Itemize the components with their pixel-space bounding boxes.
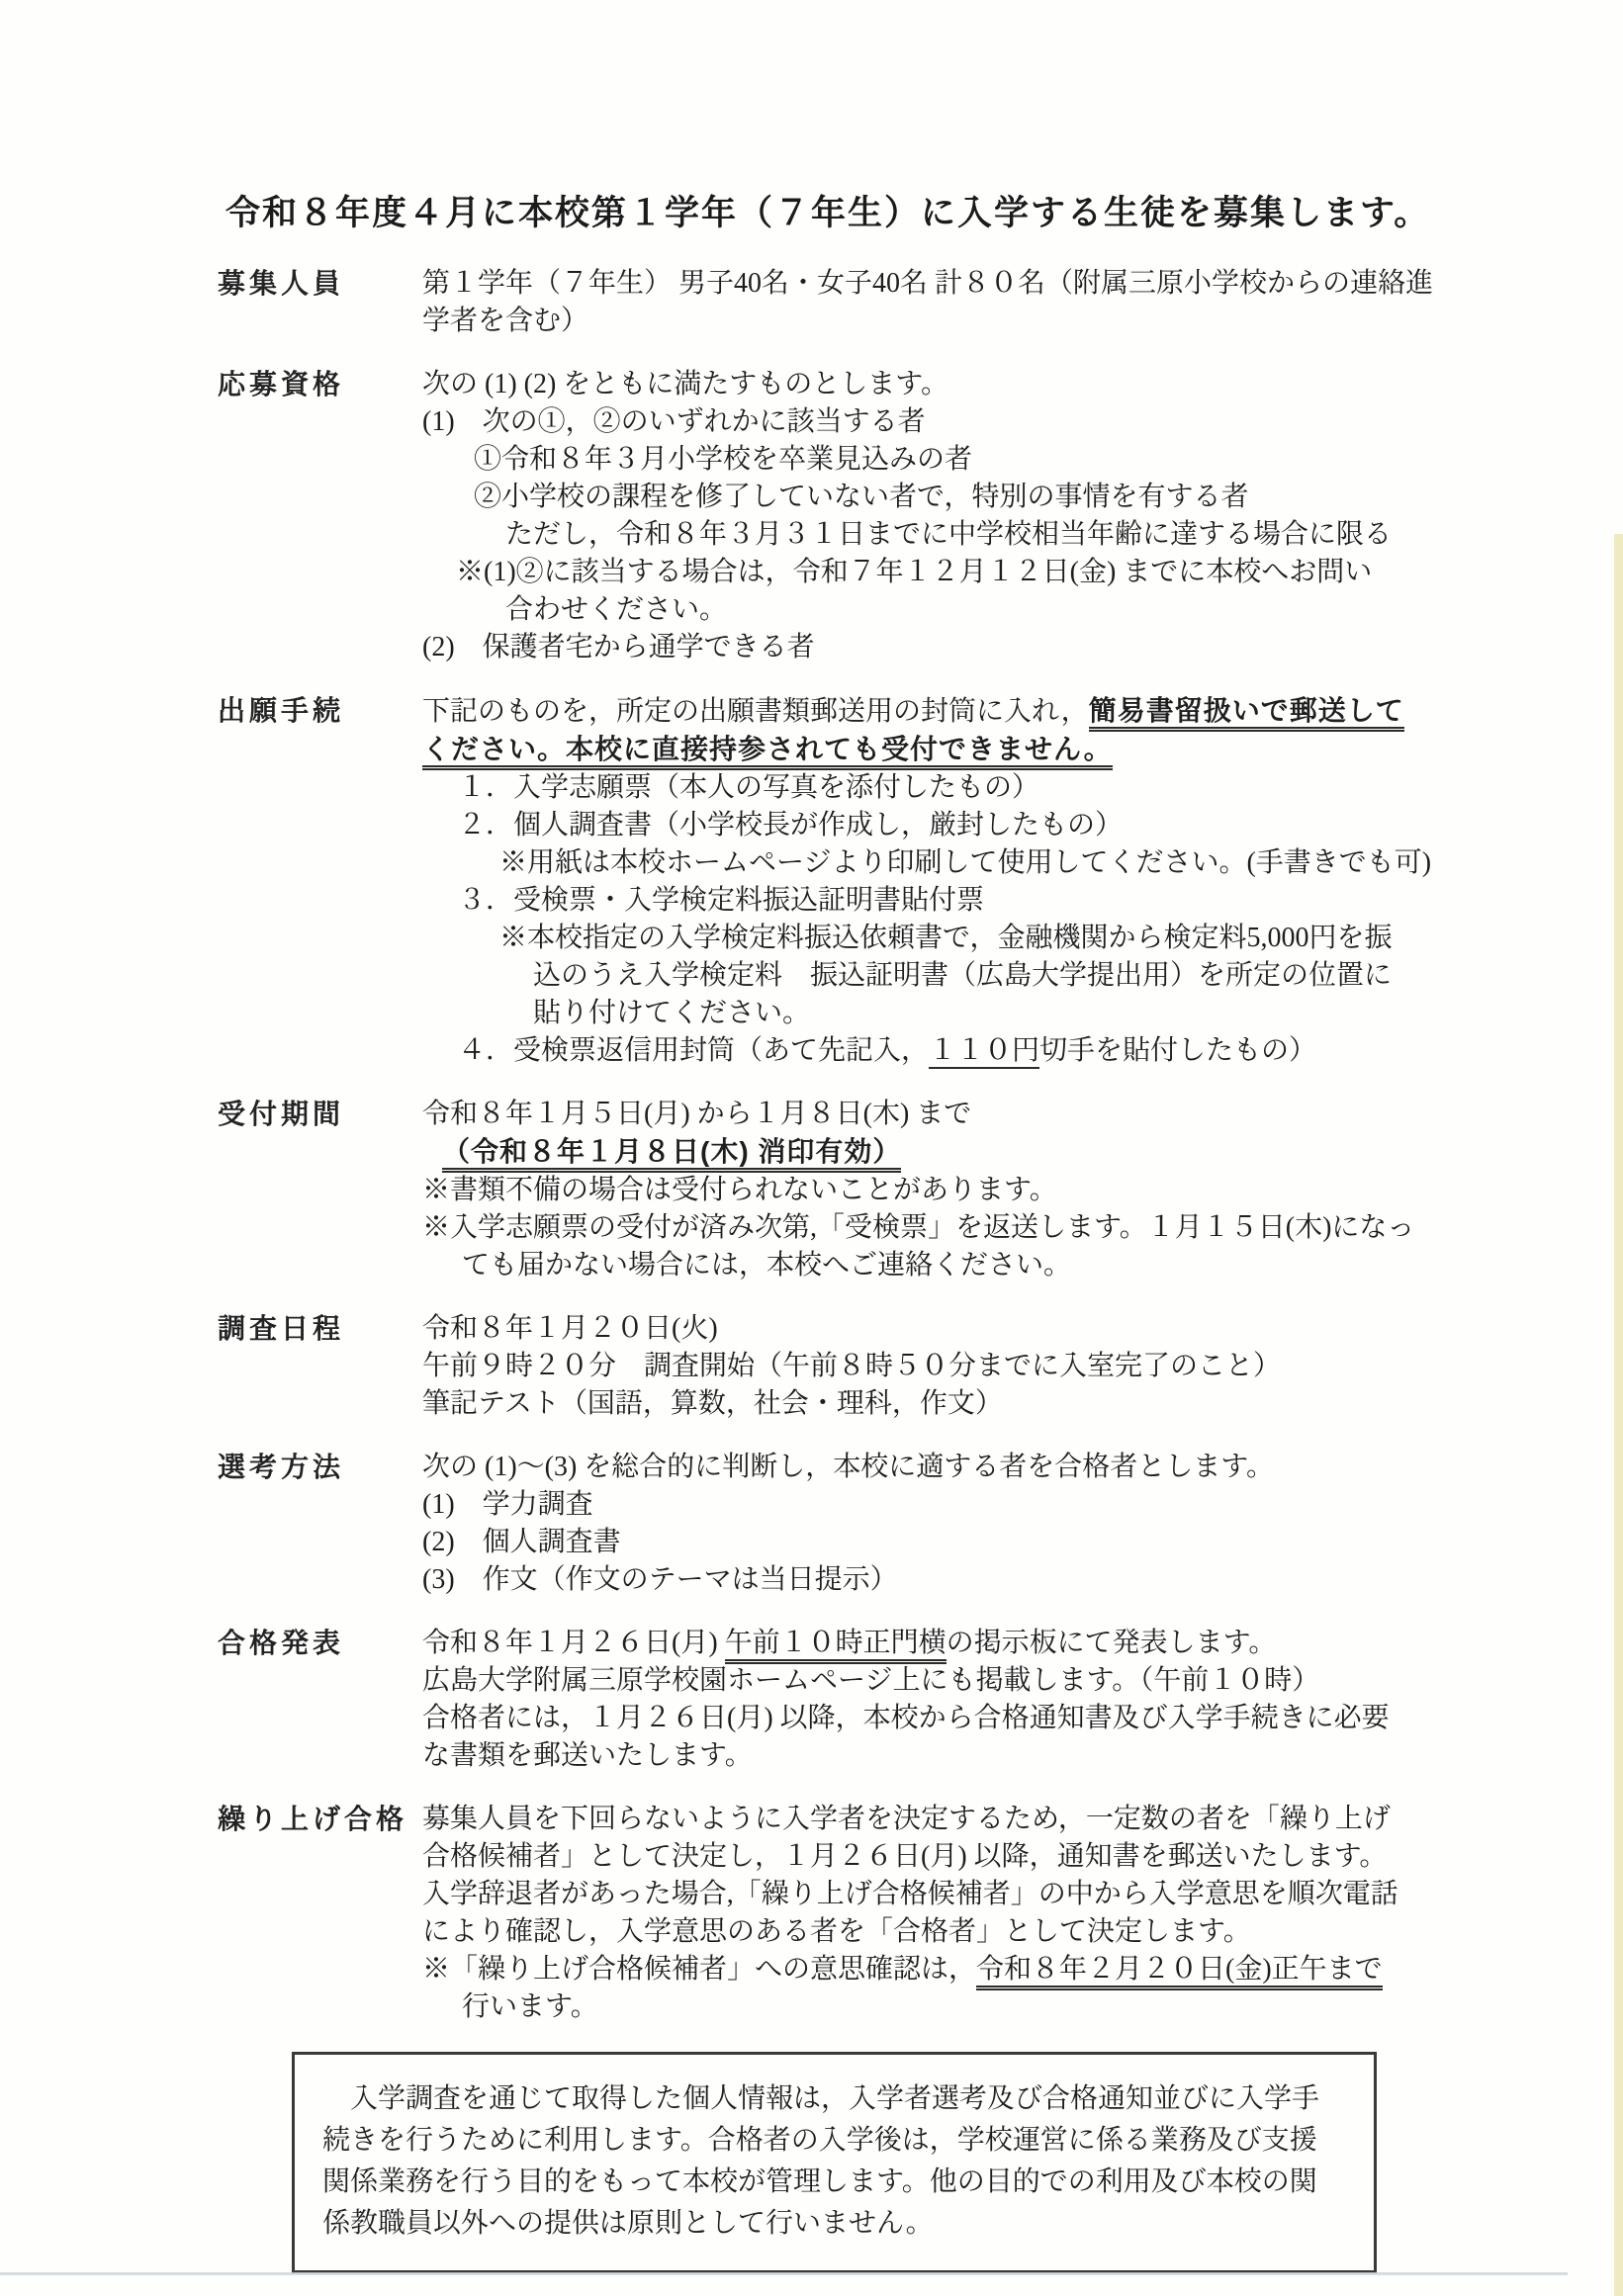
text-line: ※入学志願票の受付が済み次第,「受検票」を返送します。１月１５日(木)になっ bbox=[422, 1209, 1513, 1247]
section-chosa-nittei: 調査日程 令和８年１月２０日(火)午前９時２０分 調査開始（午前８時５０分までに… bbox=[218, 1310, 1513, 1423]
text-line: ３．受検票・入学検定料振込証明書貼付票 bbox=[458, 882, 1513, 920]
section-content: 次の (1)～(3) を総合的に判断し，本校に適する者を合格者とします。(1) … bbox=[422, 1449, 1513, 1599]
section-label: 繰り上げ合格 bbox=[218, 1801, 422, 1838]
text-line: 行います。 bbox=[462, 1988, 1513, 2026]
text-run: 入学辞退者があった場合,「繰り上げ合格候補者」の中から入学意思を順次電話 bbox=[422, 1879, 1398, 1909]
text-line: 午前９時２０分 調査開始（午前８時５０分までに入室完了のこと） bbox=[422, 1348, 1513, 1385]
text-line: 募集人員を下回らないように入学者を決定するため，一定数の者を「繰り上げ bbox=[422, 1801, 1513, 1838]
text-line: 込のうえ入学検定料 振込証明書（広島大学提出用）を所定の位置に bbox=[533, 957, 1513, 995]
section-label: 選考方法 bbox=[218, 1449, 422, 1486]
text-line: により確認し，入学意思のある者を「合格者」として決定します。 bbox=[422, 1913, 1513, 1951]
text-run: 続きを行うために利用します。合格者の入学後は，学校運営に係る業務及び支援 bbox=[322, 2125, 1317, 2156]
section-content: 募集人員を下回らないように入学者を決定するため，一定数の者を「繰り上げ合格候補者… bbox=[422, 1801, 1513, 2026]
text-line: 合格者には，１月２６日(月) 以降，本校から合格通知書及び入学手続きに必要 bbox=[422, 1700, 1513, 1737]
text-run: 令和８年１月２０日(火) bbox=[422, 1313, 718, 1344]
text-run: 貼り付けてください。 bbox=[533, 998, 810, 1028]
section-uketsuke-kikan: 受付期間 令和８年１月５日(月) から１月８日(木) まで（令和８年１月８日(木… bbox=[218, 1096, 1513, 1284]
text-run: 次の (1)～(3) を総合的に判断し，本校に適する者を合格者とします。 bbox=[422, 1452, 1274, 1482]
text-line: ２．個人調査書（小学校長が作成し，厳封したもの） bbox=[458, 807, 1513, 844]
section-label: 応募資格 bbox=[218, 366, 422, 403]
section-senko-hoho: 選考方法 次の (1)～(3) を総合的に判断し，本校に適する者を合格者とします… bbox=[218, 1449, 1513, 1599]
text-run: ２．個人調査書（小学校長が作成し，厳封したもの） bbox=[458, 810, 1123, 840]
text-line: 第１学年（７年生） 男子40名・女子40名 計８０名（附属三原小学校からの連絡進 bbox=[422, 265, 1513, 303]
text-run: により確認し，入学意思のある者を「合格者」として決定します。 bbox=[422, 1916, 1251, 1947]
text-run: ※「繰り上げ合格候補者」への意思確認は， bbox=[422, 1954, 976, 1985]
text-run: (2) 保護者宅から通学できる者 bbox=[422, 632, 815, 662]
text-run: 行います。 bbox=[462, 1991, 598, 2022]
text-run: の掲示板にて発表します。 bbox=[947, 1628, 1277, 1658]
text-run: ※(1)②に該当する場合は，令和７年１２月１２日(金) までに本校へお問い bbox=[456, 557, 1372, 587]
section-content: 第１学年（７年生） 男子40名・女子40名 計８０名（附属三原小学校からの連絡進… bbox=[422, 265, 1513, 340]
text-line: 次の (1) (2) をともに満たすものとします。 bbox=[422, 366, 1513, 403]
text-run: 切手を貼付したもの） bbox=[1039, 1035, 1316, 1066]
text-run: ４．受検票返信用封筒（あて先記入， bbox=[458, 1035, 929, 1066]
text-run: 令和８年１月５日(月) から１月８日(木) まで bbox=[422, 1099, 971, 1129]
text-line: 貼り付けてください。 bbox=[533, 995, 1513, 1032]
text-run: 広島大学附属三原学校園ホームページ上にも掲載します。（午前１０時） bbox=[422, 1665, 1319, 1696]
section-content: 令和８年１月５日(月) から１月８日(木) まで（令和８年１月８日(木) 消印有… bbox=[422, 1096, 1513, 1284]
text-run: ②小学校の課程を修了していない者で，特別の事情を有する者 bbox=[474, 482, 1248, 512]
text-run: １．入学志願票（本人の写真を添付したもの） bbox=[458, 772, 1039, 803]
text-run: 合格者には，１月２６日(月) 以降，本校から合格通知書及び入学手続きに必要 bbox=[422, 1703, 1390, 1733]
text-run: ※入学志願票の受付が済み次第,「受検票」を返送します。１月１５日(木)になっ bbox=[422, 1212, 1414, 1243]
personal-info-notice-box: 入学調査を通じて取得した個人情報は，入学者選考及び合格通知並びに入学手続きを行う… bbox=[292, 2052, 1377, 2273]
text-run: 下記のものを，所定の出願書類郵送用の封筒に入れ， bbox=[422, 696, 1089, 727]
text-line: ※「繰り上げ合格候補者」への意思確認は，令和８年２月２０日(金)正午まで bbox=[422, 1951, 1513, 1988]
text-line: (1) 学力調査 bbox=[422, 1486, 1513, 1524]
section-label: 募集人員 bbox=[218, 265, 422, 303]
text-line: ※本校指定の入学検定料振込依頼書で，金融機関から検定料5,000円を振 bbox=[499, 920, 1513, 957]
text-run: ※書類不備の場合は受付られないことがあります。 bbox=[422, 1175, 1057, 1205]
text-run: 合わせください。 bbox=[505, 594, 727, 625]
text-run: (3) 作文（作文のテーマは当日提示） bbox=[422, 1564, 898, 1595]
text-line: 入学調査を通じて取得した個人情報は，入学者選考及び合格通知並びに入学手 bbox=[322, 2078, 1346, 2120]
text-run: ても届かない場合には，本校へご連絡ください。 bbox=[462, 1250, 1071, 1280]
text-run: 入学調査を通じて取得した個人情報は，入学者選考及び合格通知並びに入学手 bbox=[322, 2083, 1319, 2114]
document-body: 令和８年度４月に本校第１学年（７年生）に入学する生徒を募集します。 募集人員 第… bbox=[218, 190, 1513, 2273]
section-obo-shikaku: 応募資格 次の (1) (2) をともに満たすものとします。(1) 次の①，②の… bbox=[218, 366, 1513, 666]
text-line: (2) 個人調査書 bbox=[422, 1524, 1513, 1561]
emphasized-text-run: 簡易書留扱いで郵送して bbox=[1089, 695, 1404, 732]
text-line: ４．受検票返信用封筒（あて先記入，１１０円切手を貼付したもの） bbox=[458, 1032, 1513, 1070]
text-line: 合わせください。 bbox=[505, 591, 1513, 629]
section-content: 下記のものを，所定の出願書類郵送用の封筒に入れ，簡易書留扱いで郵送してください。… bbox=[422, 692, 1513, 1070]
text-run: 合格候補者」として決定し，１月２６日(月) 以降，通知書を郵送いたします。 bbox=[422, 1841, 1387, 1872]
text-line: 続きを行うために利用します。合格者の入学後は，学校運営に係る業務及び支援 bbox=[322, 2120, 1346, 2162]
section-label: 受付期間 bbox=[218, 1096, 422, 1133]
text-run: 午前９時２０分 調査開始（午前８時５０分までに入室完了のこと） bbox=[422, 1351, 1281, 1381]
text-run: 第１学年（７年生） 男子40名・女子40名 計８０名（附属三原小学校からの連絡進 bbox=[422, 268, 1433, 299]
section-content: 令和８年１月２０日(火)午前９時２０分 調査開始（午前８時５０分までに入室完了の… bbox=[422, 1310, 1513, 1423]
text-run: (2) 個人調査書 bbox=[422, 1527, 621, 1557]
emphasized-text-run: 令和８年２月２０日(金)正午まで bbox=[976, 1954, 1383, 1990]
emphasized-text-run: ください。本校に直接持参されても受付できません。 bbox=[422, 734, 1113, 770]
text-run: ただし，令和８年３月３１日までに中学校相当年齢に達する場合に限る bbox=[505, 519, 1392, 550]
text-line: 広島大学附属三原学校園ホームページ上にも掲載します。（午前１０時） bbox=[422, 1662, 1513, 1700]
document-title: 令和８年度４月に本校第１学年（７年生）に入学する生徒を募集します。 bbox=[225, 190, 1513, 237]
text-line: ※用紙は本校ホームページより印刷して使用してください。(手書きでも可) bbox=[499, 844, 1513, 882]
text-run: ３．受検票・入学検定料振込証明書貼付票 bbox=[458, 885, 984, 916]
text-line: 関係業務を行う目的をもって本校が管理します。他の目的での利用及び本校の関 bbox=[322, 2162, 1346, 2203]
text-run: 募集人員を下回らないように入学者を決定するため，一定数の者を「繰り上げ bbox=[422, 1804, 1391, 1834]
text-line: (2) 保護者宅から通学できる者 bbox=[422, 629, 1513, 666]
text-run: (1) 次の①，②のいずれかに該当する者 bbox=[422, 406, 926, 437]
text-line: 合格候補者」として決定し，１月２６日(月) 以降，通知書を郵送いたします。 bbox=[422, 1838, 1513, 1876]
emphasized-text-run: 午前１０時正門横 bbox=[725, 1628, 947, 1664]
text-run: 筆記テスト（国語，算数，社会・理科，作文） bbox=[422, 1388, 1003, 1419]
text-line: ②小学校の課程を修了していない者で，特別の事情を有する者 bbox=[474, 479, 1513, 516]
text-run: 学者を含む） bbox=[422, 306, 588, 336]
section-gokaku-happyo: 合格発表 令和８年１月２６日(月) 午前１０時正門横の掲示板にて発表します。広島… bbox=[218, 1625, 1513, 1775]
text-line: 次の (1)～(3) を総合的に判断し，本校に適する者を合格者とします。 bbox=[422, 1449, 1513, 1486]
text-line: ※(1)②に該当する場合は，令和７年１２月１２日(金) までに本校へお問い bbox=[456, 554, 1513, 591]
section-label: 調査日程 bbox=[218, 1310, 422, 1348]
section-kuriage-gokaku: 繰り上げ合格 募集人員を下回らないように入学者を決定するため，一定数の者を「繰り… bbox=[218, 1801, 1513, 2026]
text-run: 込のうえ入学検定料 振込証明書（広島大学提出用）を所定の位置に bbox=[533, 960, 1392, 991]
text-line: １．入学志願票（本人の写真を添付したもの） bbox=[458, 769, 1513, 807]
scanned-admission-notice: 令和８年度４月に本校第１学年（７年生）に入学する生徒を募集します。 募集人員 第… bbox=[0, 0, 1623, 2296]
text-run: ※本校指定の入学検定料振込依頼書で，金融機関から検定料5,000円を振 bbox=[499, 923, 1392, 953]
text-line: 入学辞退者があった場合,「繰り上げ合格候補者」の中から入学意思を順次電話 bbox=[422, 1876, 1513, 1913]
text-line: 係教職員以外への提供は原則として行いません。 bbox=[322, 2203, 1346, 2245]
emphasized-text-run: １１０円 bbox=[929, 1035, 1039, 1069]
text-run: な書類を郵送いたします。 bbox=[422, 1740, 753, 1771]
text-line: 学者を含む） bbox=[422, 303, 1513, 340]
scan-artifact-right-strip bbox=[1614, 534, 1623, 2296]
text-run: ※用紙は本校ホームページより印刷して使用してください。(手書きでも可) bbox=[499, 847, 1431, 878]
text-run: 関係業務を行う目的をもって本校が管理します。他の目的での利用及び本校の関 bbox=[322, 2166, 1317, 2197]
text-line: （令和８年１月８日(木) 消印有効） bbox=[442, 1133, 1513, 1172]
text-line: (1) 次の①，②のいずれかに該当する者 bbox=[422, 403, 1513, 441]
scan-artifact-bottom-line bbox=[0, 2272, 1568, 2275]
text-run: (1) 学力調査 bbox=[422, 1489, 593, 1520]
text-run: 次の (1) (2) をともに満たすものとします。 bbox=[422, 369, 948, 399]
section-label: 合格発表 bbox=[218, 1625, 422, 1662]
section-label: 出願手続 bbox=[218, 692, 422, 730]
text-run: 令和８年１月２６日(月) bbox=[422, 1628, 725, 1658]
text-line: な書類を郵送いたします。 bbox=[422, 1737, 1513, 1775]
section-shutsugan-tetsuzuki: 出願手続 下記のものを，所定の出願書類郵送用の封筒に入れ，簡易書留扱いで郵送して… bbox=[218, 692, 1513, 1070]
text-line: 筆記テスト（国語，算数，社会・理科，作文） bbox=[422, 1385, 1513, 1423]
text-line: 下記のものを，所定の出願書類郵送用の封筒に入れ，簡易書留扱いで郵送して bbox=[422, 692, 1513, 731]
text-line: ※書類不備の場合は受付られないことがあります。 bbox=[422, 1172, 1513, 1209]
text-line: (3) 作文（作文のテーマは当日提示） bbox=[422, 1561, 1513, 1599]
section-content: 令和８年１月２６日(月) 午前１０時正門横の掲示板にて発表します。広島大学附属三… bbox=[422, 1625, 1513, 1775]
text-line: ください。本校に直接持参されても受付できません。 bbox=[422, 731, 1513, 769]
text-line: 令和８年１月２６日(月) 午前１０時正門横の掲示板にて発表します。 bbox=[422, 1625, 1513, 1662]
text-line: ただし，令和８年３月３１日までに中学校相当年齢に達する場合に限る bbox=[505, 516, 1513, 554]
text-run: ①令和８年３月小学校を卒業見込みの者 bbox=[474, 444, 972, 475]
text-line: 令和８年１月５日(月) から１月８日(木) まで bbox=[422, 1096, 1513, 1133]
text-line: ①令和８年３月小学校を卒業見込みの者 bbox=[474, 441, 1513, 479]
text-run: 係教職員以外への提供は原則として行いません。 bbox=[322, 2208, 934, 2239]
text-line: ても届かない場合には，本校へご連絡ください。 bbox=[462, 1247, 1513, 1284]
section-boshu-jinin: 募集人員 第１学年（７年生） 男子40名・女子40名 計８０名（附属三原小学校か… bbox=[218, 265, 1513, 340]
emphasized-text-run: （令和８年１月８日(木) 消印有効） bbox=[442, 1136, 901, 1173]
section-content: 次の (1) (2) をともに満たすものとします。(1) 次の①，②のいずれかに… bbox=[422, 366, 1513, 666]
text-line: 令和８年１月２０日(火) bbox=[422, 1310, 1513, 1348]
